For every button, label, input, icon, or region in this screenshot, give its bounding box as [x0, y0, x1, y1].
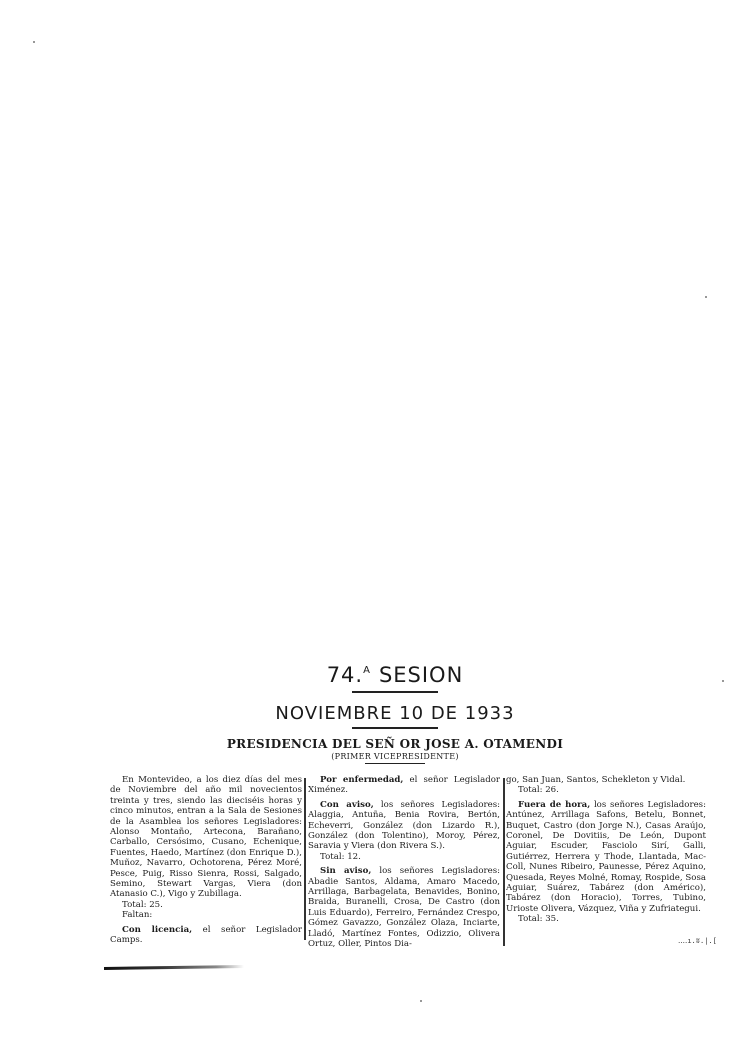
paragraph: Total: 25. [110, 900, 302, 910]
paragraph-lead: Fuera de hora, [518, 800, 590, 810]
paragraph: En Montevideo, a los diez días del mes d… [110, 775, 302, 900]
paragraph: Faltan: [110, 910, 302, 920]
paragraph-text: Total: 25. [122, 900, 163, 910]
paragraph-lead: Sin aviso, [320, 866, 371, 876]
title-rule [352, 691, 438, 693]
paragraph-text: los señores Legisladores: Antúnez, Arril… [506, 800, 706, 914]
paragraph: Total: 35. [506, 914, 706, 924]
presidency-heading: PRESIDENCIA DEL SEÑ OR JOSE A. OTAMENDI [0, 737, 750, 751]
paragraph-text: En Montevideo, a los diez días del mes d… [110, 775, 302, 899]
printer-mark: ‥‥ı.ʬ.|.[ [678, 937, 717, 945]
paragraph-lead: Con aviso, [320, 800, 374, 810]
paragraph: Con aviso, los señores Legisladores: Ala… [308, 800, 500, 852]
subtitle-rule [365, 763, 425, 764]
column-3: go, San Juan, Santos, Schekleton y Vidal… [506, 775, 706, 925]
session-number: 74. [327, 663, 363, 687]
paragraph-lead: Con licencia, [122, 925, 192, 935]
paragraph-lead: Por enfermedad, [320, 775, 403, 785]
paragraph-text: Faltan: [122, 910, 152, 920]
paragraph-text: los señores Legisladores: Abadie Santos,… [308, 866, 500, 949]
paragraph-text: Total: 35. [518, 914, 559, 924]
paragraph: go, San Juan, Santos, Schekleton y Vidal… [506, 775, 706, 785]
paragraph: Con licencia, el señor Legislador Camps. [110, 925, 302, 946]
paragraph: Total: 12. [308, 852, 500, 862]
scan-speck [420, 1000, 422, 1002]
column-divider [304, 778, 306, 940]
session-word: SESION [379, 663, 463, 687]
paragraph: Por enfermedad, el señor Legislador Ximé… [308, 775, 500, 796]
scan-speck [705, 296, 707, 298]
presidency-subtitle: (PRIMER VICEPRESIDENTE) [0, 752, 750, 761]
session-title: 74.ASESION [0, 663, 750, 687]
session-date: NOVIEMBRE 10 DE 1933 [0, 703, 750, 724]
column-divider [503, 778, 505, 946]
date-rule [352, 727, 438, 729]
paragraph-text: Total: 26. [518, 785, 559, 795]
session-suffix: A [363, 665, 371, 676]
scan-speck [33, 41, 35, 43]
paragraph-text: Total: 12. [320, 852, 361, 862]
column-2: Por enfermedad, el señor Legislador Ximé… [308, 775, 500, 950]
column-1: En Montevideo, a los diez días del mes d… [110, 775, 302, 946]
paragraph: Fuera de hora, los señores Legisladores:… [506, 800, 706, 914]
paragraph-text: go, San Juan, Santos, Schekleton y Vidal… [506, 775, 685, 785]
paragraph: Total: 26. [506, 785, 706, 795]
end-rule [104, 965, 244, 970]
paragraph: Sin aviso, los señores Legisladores: Aba… [308, 866, 500, 949]
